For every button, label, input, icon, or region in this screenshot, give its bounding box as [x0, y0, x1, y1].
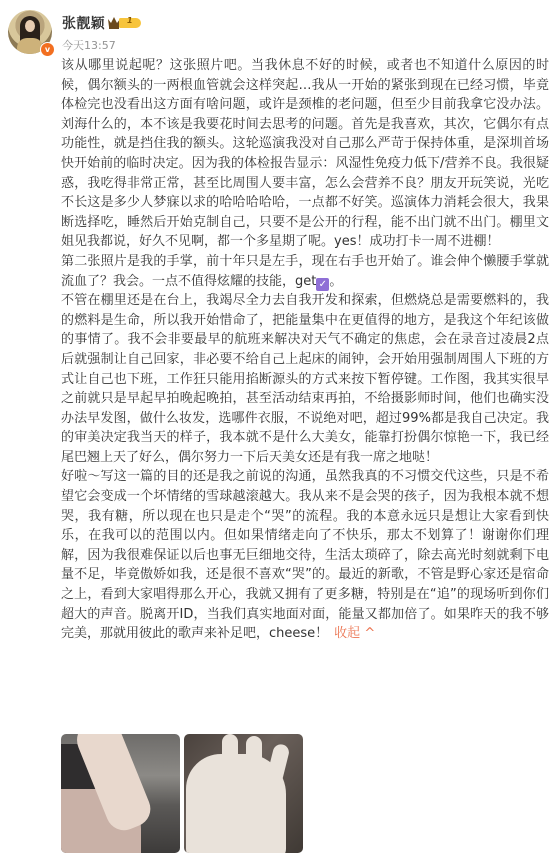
- image-forehead[interactable]: [61, 734, 180, 853]
- image-palm[interactable]: [184, 734, 303, 853]
- paragraph-2-end: 。: [329, 274, 342, 289]
- collapse-link[interactable]: 收起 ^: [334, 626, 375, 641]
- image-finger-shape: [265, 743, 290, 786]
- avatar-face: [25, 20, 35, 32]
- paragraph-4-text: 好啦～写这一篇的目的还是我之前说的沟通，虽然我真的不习惯交代这些，只是不希望它会…: [61, 469, 549, 641]
- weibo-post: v 张靓颖 1 今天13:57 该从哪里说起呢？这张照片吧。当我休息不好的时候，…: [0, 0, 555, 858]
- paragraph-2: 第二张照片是我的手掌，前十年只是左手，现在右手也开始了。谁会伸个懒腰手掌就流血了…: [61, 252, 549, 291]
- paragraph-4: 好啦～写这一篇的目的还是我之前说的沟通，虽然我真的不习惯交代这些，只是不希望它会…: [61, 467, 549, 643]
- image-finger-shape: [222, 734, 238, 774]
- paragraph-1: 该从哪里说起呢？这张照片吧。当我休息不好的时候，或者也不知道什么原因的时候，偶尔…: [61, 56, 549, 252]
- chevron-up-icon: ^: [364, 626, 375, 641]
- verified-icon: v: [40, 42, 55, 57]
- paragraph-2-text: 第二张照片是我的手掌，前十年只是左手，现在右手也开始了。谁会伸个懒腰手掌就流血了…: [61, 254, 549, 289]
- badge-level-pill: 1: [119, 18, 141, 28]
- paragraph-3: 不管在棚里还是在台上，我竭尽全力去自我开发和探索，但燃烧总是需要燃料的，我的燃料…: [61, 291, 549, 467]
- post-timestamp[interactable]: 今天13:57: [62, 37, 116, 53]
- check-emoji-icon: ✓: [316, 278, 329, 291]
- image-finger-shape: [246, 736, 262, 778]
- badge-level: 1: [127, 16, 133, 25]
- post-content: 该从哪里说起呢？这张照片吧。当我休息不好的时候，或者也不知道什么原因的时候，偶尔…: [61, 56, 549, 644]
- vip-badge[interactable]: 1: [107, 16, 143, 30]
- author-name[interactable]: 张靓颖: [62, 13, 105, 33]
- collapse-label: 收起: [334, 626, 360, 641]
- avatar-dress: [17, 38, 43, 54]
